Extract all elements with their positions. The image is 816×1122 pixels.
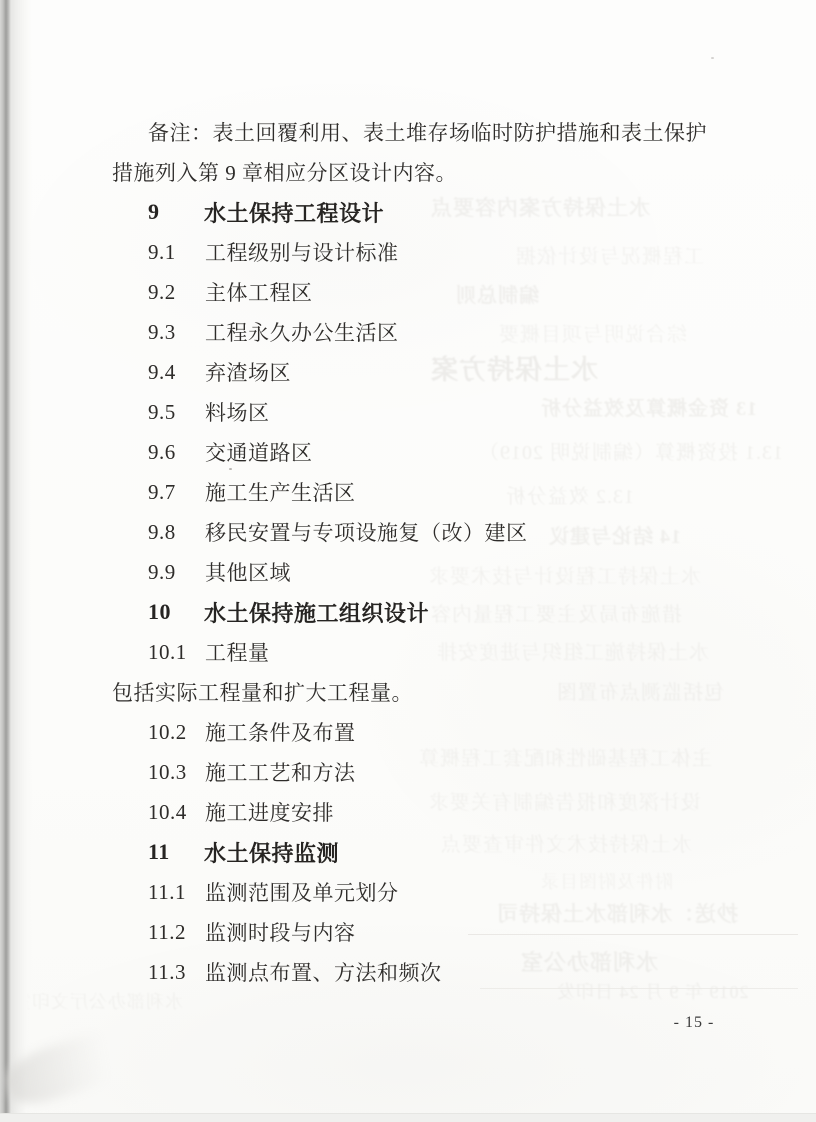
toc-body-text: 包括实际工程量和扩大工程量。 (112, 672, 732, 712)
toc-item-10: 10水土保持施工组织设计 (112, 592, 732, 632)
toc-item-number: 10.2 (148, 720, 205, 745)
toc-item-9: 9水土保持工程设计 (112, 192, 732, 232)
scan-bottom-edge (0, 1113, 816, 1122)
toc-item-10.3: 10.3施工工艺和方法 (112, 752, 732, 792)
toc-item-number: 9.1 (148, 240, 205, 265)
toc-item-title: 工程级别与设计标准 (205, 237, 732, 267)
toc-item-title: 移民安置与专项设施复（改）建区 (205, 517, 732, 547)
toc-item-title: 水土保持监测 (204, 837, 732, 868)
toc-item-number: 9.2 (148, 280, 205, 305)
toc-item-number: 11.3 (148, 960, 205, 985)
toc-item-9.3: 9.3工程永久办公生活区 (112, 312, 732, 352)
toc-item-number: 9.5 (148, 400, 205, 425)
toc-item-number: 9.8 (148, 520, 205, 545)
toc-item-title: 监测范围及单元划分 (205, 877, 732, 907)
scanned-document-page: 水土保持方案内容要点工程概况与设计依据编制总则综合说明与项目概要水土保持方案13… (0, 0, 816, 1122)
toc-item-9.1: 9.1工程级别与设计标准 (112, 232, 732, 272)
toc-item-number: 10.4 (148, 800, 205, 825)
scan-left-edge-shadow (0, 0, 32, 1122)
scan-speck (711, 57, 714, 59)
toc-item-9.4: 9.4弃渣场区 (112, 352, 732, 392)
document-content: 备注：表土回覆利用、表土堆存场临时防护措施和表土保护 措施列入第 9 章相应分区… (112, 112, 732, 992)
toc-item-10.4: 10.4施工进度安排 (112, 792, 732, 832)
toc-item-title: 水土保持工程设计 (204, 197, 732, 228)
toc-item-11.3: 11.3监测点布置、方法和频次 (112, 952, 732, 992)
toc-item-title: 工程永久办公生活区 (205, 317, 732, 347)
toc-item-number: 10.3 (148, 760, 205, 785)
toc-item-title: 监测点布置、方法和频次 (205, 957, 732, 987)
toc-item-number: 11 (148, 839, 204, 865)
toc-item-number: 9.4 (148, 360, 205, 385)
toc-item-title: 其他区域 (205, 557, 732, 587)
toc-item-number: 9.9 (148, 560, 205, 585)
toc-item-title: 包括实际工程量和扩大工程量。 (112, 677, 413, 707)
toc-item-number: 9.3 (148, 320, 205, 345)
toc-item-11.2: 11.2监测时段与内容 (112, 912, 732, 952)
toc-item-title: 施工生产生活区 (205, 477, 732, 507)
toc-item-number: 11.2 (148, 920, 205, 945)
toc-item-11: 11水土保持监测 (112, 832, 732, 872)
toc-item-title: 施工工艺和方法 (205, 757, 732, 787)
toc-item-9.8: 9.8移民安置与专项设施复（改）建区 (112, 512, 732, 552)
toc-item-title: 施工条件及布置 (205, 717, 732, 747)
note-line-1: 备注：表土回覆利用、表土堆存场临时防护措施和表土保护 (112, 112, 732, 152)
toc-item-9.5: 9.5料场区 (112, 392, 732, 432)
toc-item-9.9: 9.9其他区域 (112, 552, 732, 592)
toc-item-9.7: 9.7施工生产生活区 (112, 472, 732, 512)
toc-item-title: 交通道路区 (205, 437, 732, 467)
toc-item-title: 施工进度安排 (205, 797, 732, 827)
toc-item-10.1: 10.1工程量 (112, 632, 732, 672)
toc-item-9.6: 9.6交通道路区 (112, 432, 732, 472)
toc-item-title: 监测时段与内容 (205, 917, 732, 947)
toc-item-number: 10.1 (148, 640, 205, 665)
page-number: - 15 - (658, 1014, 730, 1032)
toc-item-title: 主体工程区 (205, 277, 732, 307)
toc-item-number: 9.7 (148, 480, 205, 505)
toc-item-number: 10 (148, 599, 204, 625)
toc-item-number: 9.6 (148, 440, 205, 465)
toc-item-title: 工程量 (205, 637, 732, 667)
toc-item-number: 9 (148, 199, 204, 225)
toc-item-10.2: 10.2施工条件及布置 (112, 712, 732, 752)
note-line-2: 措施列入第 9 章相应分区设计内容。 (112, 152, 732, 192)
toc-item-title: 料场区 (205, 397, 732, 427)
toc-item-9.2: 9.2主体工程区 (112, 272, 732, 312)
toc-item-title: 弃渣场区 (205, 357, 732, 387)
toc-item-title: 水土保持施工组织设计 (204, 597, 732, 628)
toc-outline: 9水土保持工程设计9.1工程级别与设计标准9.2主体工程区9.3工程永久办公生活… (112, 192, 732, 992)
toc-item-number: 11.1 (148, 880, 205, 905)
toc-item-11.1: 11.1监测范围及单元划分 (112, 872, 732, 912)
